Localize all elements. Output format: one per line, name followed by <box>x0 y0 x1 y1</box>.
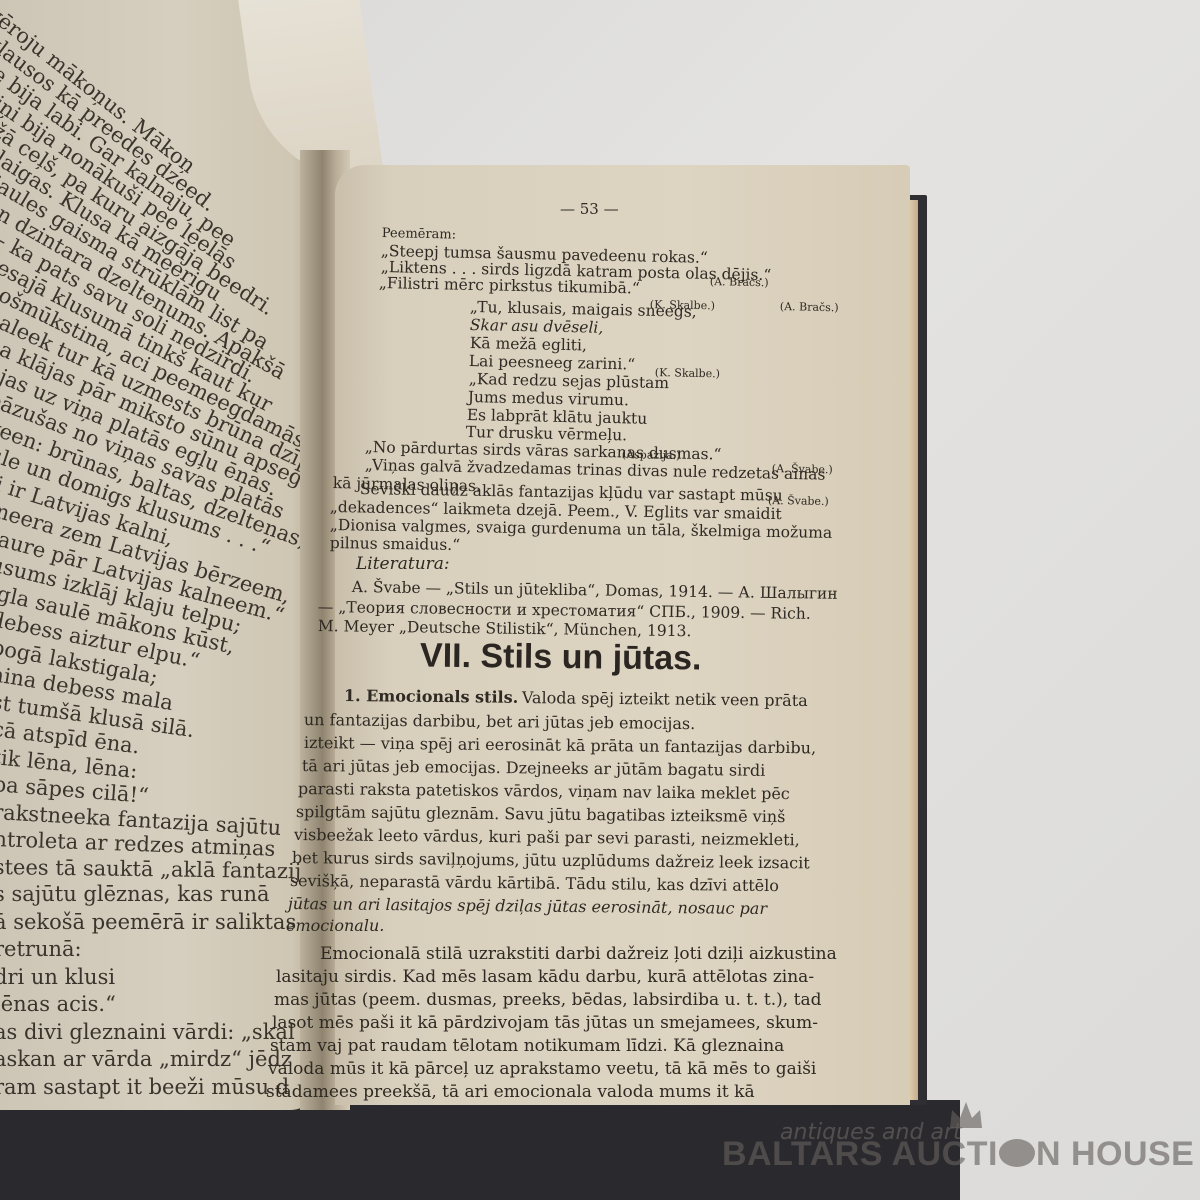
left-page-line: ram sastapt it beeži mūsu d <box>0 1073 289 1101</box>
examples-label: Peemēram: <box>382 226 457 243</box>
attribution: (A. Bračs.) <box>710 275 769 289</box>
left-page-line: askan ar vārda „mirdz“ jēdz <box>0 1045 292 1074</box>
paragraph-line: Valoda spēj izteikt netik veen prāta <box>522 688 808 710</box>
paragraph-line: lasitaju sirdis. Kad mēs lasam kādu darb… <box>276 967 814 987</box>
paragraph-line: valoda mūs it kā pārceļ uz aprakstamo ve… <box>268 1059 816 1079</box>
paragraph-line: Emocionalā stilā uzrakstiti darbi dažrei… <box>320 944 837 964</box>
paragraph-line: lasot mēs paši it kā pārdzivojam tās jūt… <box>272 1013 818 1033</box>
left-page-line: as divi gleznaini vārdi: „skal <box>0 1018 295 1047</box>
watermark-title-part1: BALTARS AUCTI <box>722 1135 998 1173</box>
attribution: (Aspazija.) <box>622 448 681 462</box>
left-page-line: retrunā: <box>0 935 82 964</box>
paragraph-line: mas jūtas (peem. dusmas, preeks, bēdas, … <box>274 990 821 1010</box>
attribution: (A. Bračs.) <box>780 300 839 314</box>
paragraph-line: stam vaj pat raudam tēlotam notikumam lī… <box>270 1036 784 1056</box>
left-page-line: s sajūtu glēznas, kas runā <box>0 880 270 909</box>
paragraph-line: stādamees preekšā, tā ari emocionala val… <box>266 1082 755 1102</box>
section-heading: 1. Emocionals stils. <box>344 686 519 707</box>
left-page-line: ā sekošā peemērā ir saliktas <box>0 908 296 937</box>
page-number: — 53 — <box>560 200 619 218</box>
literature-label: Literatura: <box>356 554 450 574</box>
attribution: (A. Švabe.) <box>772 462 833 476</box>
left-page-text: vēroju mākoņus. Mākoņklausos kā preedes … <box>0 0 340 1100</box>
chapter-title: VII. Stils un jūtas. <box>420 637 702 679</box>
watermark-title-part2: N HOUSE <box>1036 1135 1194 1173</box>
paragraph-line: pilnus smaidus.“ <box>330 534 461 554</box>
watermark-title: BALTARS AUCTIN HOUSE <box>722 1135 1194 1174</box>
paragraph-line: emocionalu. <box>286 916 384 935</box>
left-page-line: lēnas acis.“ <box>0 990 116 1019</box>
crown-o-icon <box>999 1139 1035 1167</box>
crown-icon <box>948 1102 984 1130</box>
left-page-line: dri un klusi <box>0 963 115 992</box>
poem-line: Kā mežā egliti, <box>470 334 587 354</box>
